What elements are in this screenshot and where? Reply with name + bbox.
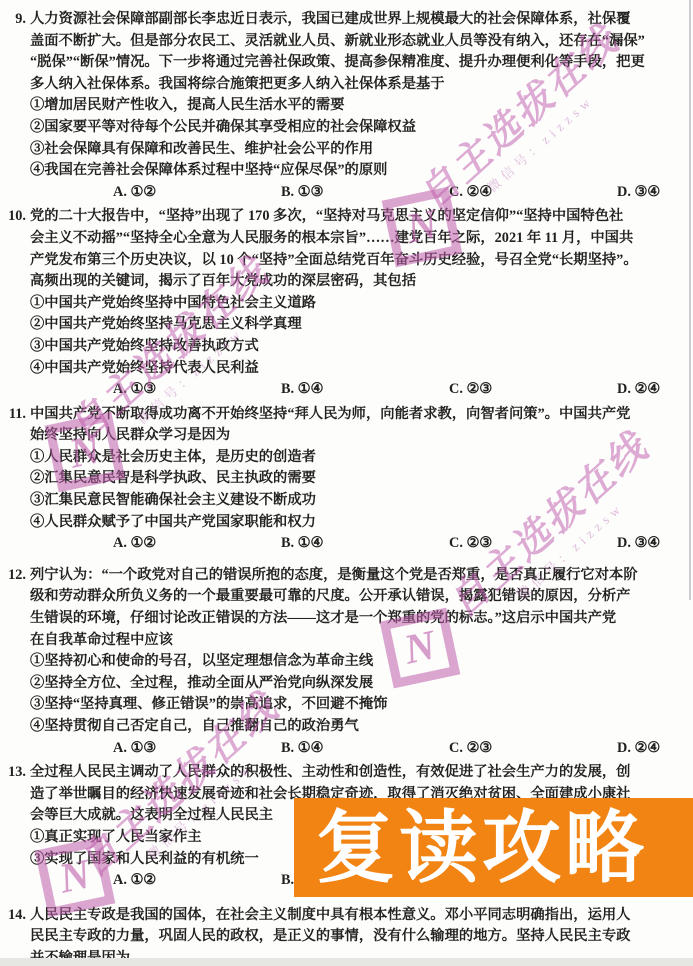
exam-page: { "page": { "background_color": "#fdfdfc… [0,0,693,966]
option-D: D. ②④ [617,379,660,401]
question-line: 人力资源社会保障部副部长李忠近日表示，我国已建成世界上规模最大的社会保障体系，社… [30,9,693,31]
option-C: C. ②③ [449,738,492,760]
option-C: C. ②③ [449,379,492,401]
option-D: D. ③④ [617,182,660,204]
question-line: ②坚持全方位、全过程，推动全面从严治党向纵深发展 [30,673,693,695]
question-line: 多人纳入社保体系。我国将综合施策把更多人纳入社保体系是基于 [30,74,693,96]
question-number: 9. [0,9,26,31]
question-line: ③中国共产党始终坚持改善执政方式 [30,336,693,358]
answer-options-row: A. ①③B. ①④C. ②③D. ②④ [30,379,693,401]
promo-banner: 复读攻略 [294,798,693,897]
option-B: B. ①④ [281,379,323,401]
question-line: 在自我革命过程中应该 [30,630,693,652]
question-number: 12. [0,565,26,587]
question-line: ①增加居民财产性收入，提高人民生活水平的需要 [30,95,693,117]
option-B: B. ①④ [281,738,323,760]
question-line: 民民主专政的力量，巩固人民的政权，是正义的事情，没有什么输理的地方。坚持人民民主… [30,926,693,948]
question-line: ①坚持初心和使命的号召，以坚定理想信念为革命主线 [30,651,693,673]
option-D: D. ③④ [617,533,660,555]
question-line: 党的二十大报告中，“坚持”出现了 170 多次，“坚持对马克思主义的坚定信仰”“… [30,206,693,228]
question-number: 10. [0,206,26,228]
option-C: C. ②④ [449,182,492,204]
question-line: ④我国在完善社会保障体系过程中坚持“应保尽保”的原则 [30,160,693,182]
question-14: 14.人民民主专政是我国的国体，在社会主义制度中具有根本性意义。邓小平同志明确指… [0,905,693,966]
answer-options-row: A. ①②B. ①④C. ②③D. ③④ [30,533,693,555]
question-10: 10.党的二十大报告中，“坚持”出现了 170 多次，“坚持对马克思主义的坚定信… [0,206,693,400]
option-B: B. ①④ [281,533,323,555]
question-line: 中国共产党不断取得成功离不开始终坚持“拜人民为师，向能者求教，向智者问策”。中国… [30,404,693,426]
question-line: ④坚持贯彻自己否定自己，自己推翻自己的政治勇气 [30,716,693,738]
page-edge-line [689,0,691,600]
promo-banner-text: 复读攻略 [316,808,648,887]
question-line: ④人民群众赋予了中国共产党国家职能和权力 [30,512,693,534]
question-11: 11.中国共产党不断取得成功离不开始终坚持“拜人民为师，向能者求教，向智者问策”… [0,404,693,555]
question-number: 11. [0,404,26,426]
question-number: 13. [0,762,26,784]
question-line: ③社会保障具有保障和改善民生、维护社会公平的作用 [30,139,693,161]
option-D: D. ②④ [617,738,660,760]
question-line: “脱保”“断保”情况。下一步将通过完善社保政策、提高参保精准度、提升办理便利化等… [30,52,693,74]
question-line: 产党发布第三个历史决议，以 10 个“坚持”全面总结党百年奋斗历史经验，号召全党… [30,250,693,272]
question-line: 人民民主专政是我国的国体，在社会主义制度中具有根本性意义。邓小平同志明确指出，运… [30,905,693,927]
bottom-scan-strip [0,958,693,966]
option-A: A. ①③ [113,379,156,401]
question-line: 会主义不动摇”“坚持全心全意为人民服务的根本宗旨”……建党百年之际，2021 年… [30,228,693,250]
question-line: 全过程人民民主调动了人民群众的积极性、主动性和创造性，有效促进了社会生产力的发展… [30,762,693,784]
question-line: ③坚持“坚持真理、修正错误”的崇高追求，不回避不掩饰 [30,694,693,716]
option-A: A. ①② [113,182,156,204]
answer-options-row: A. ①③B. ①④C. ②③D. ②④ [30,738,693,760]
option-C: C. ②③ [449,533,492,555]
question-line: ④中国共产党始终坚持代表人民利益 [30,358,693,380]
question-line: ②汇集民意民智是科学执政、民主执政的需要 [30,468,693,490]
question-line: 盖面不断扩大。但是部分农民工、灵活就业人员、新就业形态就业人员等没有纳入，还存在… [30,31,693,53]
option-A: A. ①② [113,533,156,555]
option-A: A. ①② [113,870,156,892]
question-9: 9.人力资源社会保障部副部长李忠近日表示，我国已建成世界上规模最大的社会保障体系… [0,9,693,203]
question-line: ①中国共产党始终坚持中国特色社会主义道路 [30,293,693,315]
question-number: 14. [0,905,26,927]
option-A: A. ①③ [113,738,156,760]
question-line: ②中国共产党始终坚持马克思主义科学真理 [30,314,693,336]
question-line: 生错误的环境，仔细讨论改正错误的方法——这才是一个郑重的党的标志。”这启示中国共… [30,608,693,630]
question-line: 级和劳动群众所负义务的一个最重要最可靠的尺度。公开承认错误，揭露犯错误的原因，分… [30,586,693,608]
question-line: ①人民群众是社会历史主体，是历史的创造者 [30,447,693,469]
question-line: 列宁认为：“一个政党对自己的错误所抱的态度，是衡量这个党是否郑重，是否真正履行它… [30,565,693,587]
option-B: B. ①③ [281,182,323,204]
question-line: ③汇集民意民智能确保社会主义建设不断成功 [30,490,693,512]
question-line: 高频出现的关键词，揭示了百年大党成功的深层密码，其包括 [30,271,693,293]
answer-options-row: A. ①②B. ①③C. ②④D. ③④ [30,182,693,204]
question-line: 始终坚持向人民群众学习是因为 [30,425,693,447]
question-12: 12.列宁认为：“一个政党对自己的错误所抱的态度，是衡量这个党是否郑重，是否真正… [0,565,693,759]
question-line: ②国家要平等对待每个公民并确保其享受相应的社会保障权益 [30,117,693,139]
